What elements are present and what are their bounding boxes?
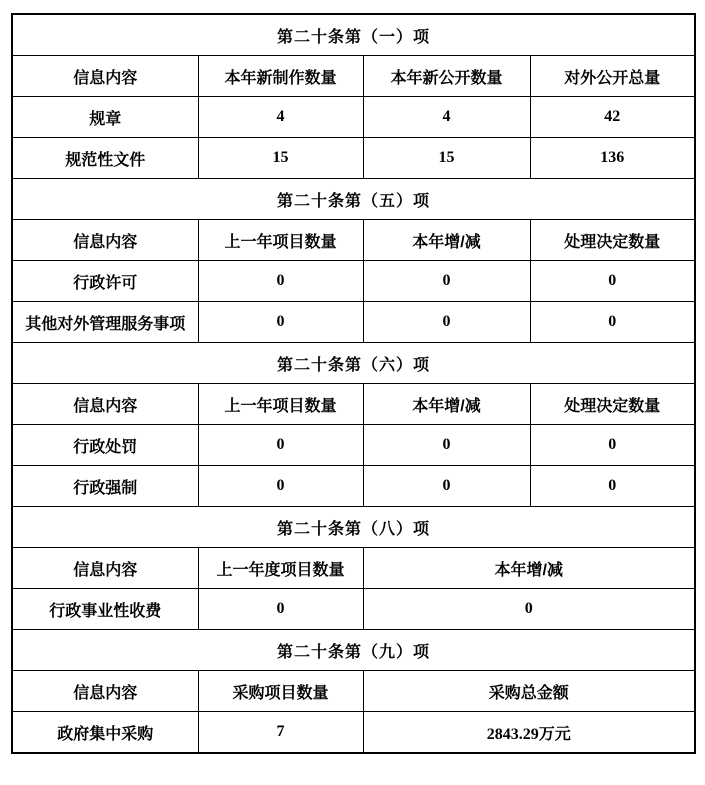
cell-value: 4 [198,97,363,138]
cell-value: 0 [198,466,363,507]
cell-value: 0 [363,466,530,507]
section-title: 第二十条第（六）项 [12,343,695,384]
row-label: 行政强制 [12,466,198,507]
row-label: 其他对外管理服务事项 [12,302,198,343]
column-header: 上一年度项目数量 [198,548,363,589]
column-header: 处理决定数量 [530,384,695,425]
column-header: 本年新制作数量 [198,56,363,97]
column-header: 本年新公开数量 [363,56,530,97]
header-row: 信息内容 上一年项目数量 本年增/减 处理决定数量 [12,384,695,425]
table-row: 行政事业性收费 0 0 [12,589,695,630]
column-header: 处理决定数量 [530,220,695,261]
row-label: 行政事业性收费 [12,589,198,630]
column-header: 信息内容 [12,548,198,589]
cell-value: 4 [363,97,530,138]
column-header: 本年增/减 [363,548,695,589]
column-header: 对外公开总量 [530,56,695,97]
column-header: 采购总金额 [363,671,695,712]
cell-value: 2843.29万元 [363,712,695,754]
table-row: 规范性文件 15 15 136 [12,138,695,179]
cell-value: 42 [530,97,695,138]
column-header: 信息内容 [12,220,198,261]
table-row: 行政许可 0 0 0 [12,261,695,302]
row-label: 规范性文件 [12,138,198,179]
column-header: 本年增/减 [363,220,530,261]
table-row: 规章 4 4 42 [12,97,695,138]
cell-value: 0 [363,589,695,630]
header-row: 信息内容 本年新制作数量 本年新公开数量 对外公开总量 [12,56,695,97]
header-row: 信息内容 上一年项目数量 本年增/减 处理决定数量 [12,220,695,261]
cell-value: 0 [530,302,695,343]
column-header: 上一年项目数量 [198,220,363,261]
column-header: 信息内容 [12,384,198,425]
cell-value: 0 [198,425,363,466]
column-header: 上一年项目数量 [198,384,363,425]
table-row: 其他对外管理服务事项 0 0 0 [12,302,695,343]
cell-value: 0 [363,425,530,466]
section-title: 第二十条第（九）项 [12,630,695,671]
section-title: 第二十条第（八）项 [12,507,695,548]
section-title-row: 第二十条第（五）项 [12,179,695,220]
row-label: 政府集中采购 [12,712,198,754]
section-title-row: 第二十条第（六）项 [12,343,695,384]
table-row: 行政强制 0 0 0 [12,466,695,507]
section-title: 第二十条第（五）项 [12,179,695,220]
cell-value: 0 [198,261,363,302]
cell-value: 136 [530,138,695,179]
row-label: 规章 [12,97,198,138]
cell-value: 0 [363,261,530,302]
header-row: 信息内容 采购项目数量 采购总金额 [12,671,695,712]
cell-value: 0 [198,589,363,630]
column-header: 信息内容 [12,56,198,97]
disclosure-report-table: 第二十条第（一）项 信息内容 本年新制作数量 本年新公开数量 对外公开总量 规章… [11,13,696,754]
cell-value: 15 [198,138,363,179]
cell-value: 0 [363,302,530,343]
cell-value: 7 [198,712,363,754]
section-title: 第二十条第（一）项 [12,14,695,56]
cell-value: 0 [530,425,695,466]
cell-value: 0 [530,466,695,507]
section-title-row: 第二十条第（九）项 [12,630,695,671]
column-header: 信息内容 [12,671,198,712]
table-row: 政府集中采购 7 2843.29万元 [12,712,695,754]
column-header: 本年增/减 [363,384,530,425]
cell-value: 0 [530,261,695,302]
row-label: 行政处罚 [12,425,198,466]
row-label: 行政许可 [12,261,198,302]
table-row: 行政处罚 0 0 0 [12,425,695,466]
cell-value: 15 [363,138,530,179]
header-row: 信息内容 上一年度项目数量 本年增/减 [12,548,695,589]
section-title-row: 第二十条第（八）项 [12,507,695,548]
cell-value: 0 [198,302,363,343]
column-header: 采购项目数量 [198,671,363,712]
section-title-row: 第二十条第（一）项 [12,14,695,56]
